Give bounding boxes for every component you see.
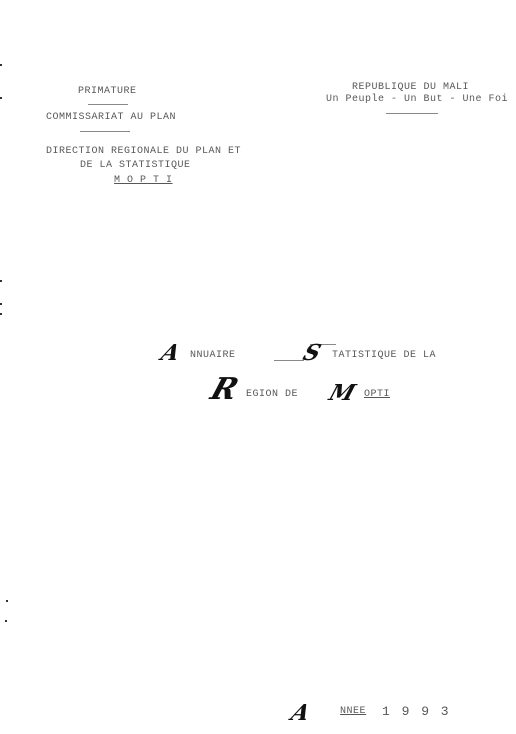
scan-speck (0, 303, 2, 305)
motto-label: Un Peuple - Un But - Une Foi (326, 94, 508, 105)
scan-speck (0, 313, 2, 315)
scan-speck (0, 97, 2, 99)
footer-word-annee: NNEE (340, 706, 366, 717)
divider (88, 104, 128, 105)
title-initial-m: M (326, 380, 359, 406)
divider (274, 360, 304, 361)
title-initial-s: S (300, 340, 324, 366)
footer-initial-a: A (288, 700, 314, 726)
title-word-mopti: OPTI (364, 389, 390, 400)
title-initial-a: A (158, 340, 184, 366)
statistique-label: DE LA STATISTIQUE (80, 160, 191, 171)
title-word-statistique: TATISTIQUE DE LA (332, 350, 436, 361)
title-word-region: EGION DE (246, 389, 298, 400)
scan-speck (0, 64, 2, 66)
ministry-label: PRIMATURE (78, 86, 137, 97)
divider (386, 113, 438, 114)
footer-year-value: 1 9 9 3 (382, 704, 451, 719)
scan-speck (6, 600, 8, 602)
title-initial-r: R (206, 372, 242, 407)
region-label: M O P T I (114, 175, 173, 186)
divider (80, 131, 130, 132)
commissariat-label: COMMISSARIAT AU PLAN (46, 112, 176, 123)
direction-label: DIRECTION REGIONALE DU PLAN ET (46, 146, 241, 157)
scan-speck (5, 620, 7, 622)
scan-speck (0, 280, 2, 282)
title-word-annuaire: NNUAIRE (190, 350, 236, 361)
republic-label: REPUBLIQUE DU MALI (352, 82, 469, 93)
